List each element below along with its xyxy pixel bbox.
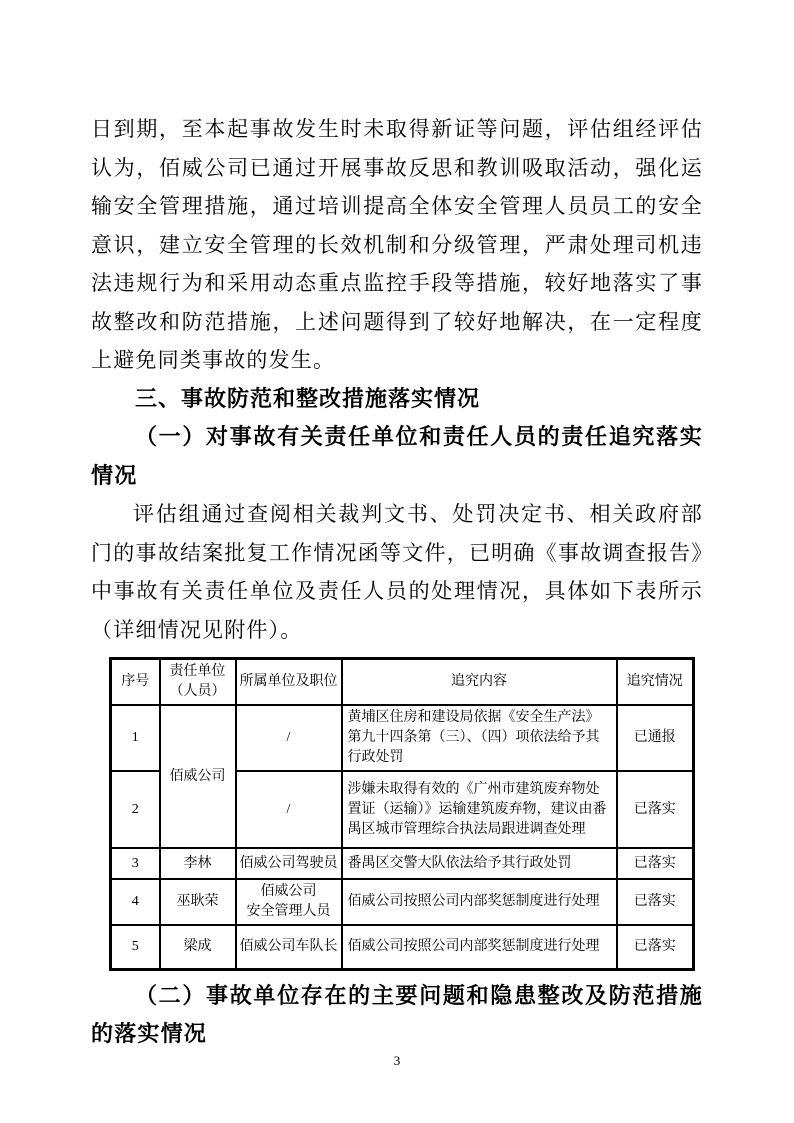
header-seq: 序号 <box>111 659 160 706</box>
subsection-heading-1: （一）对事故有关责任单位和责任人员的责任追究落实情况 <box>91 418 703 495</box>
section-heading-3: 三、事故防范和整改措施落实情况 <box>91 380 703 419</box>
cell-content: 黄埔区住房和建设局依据《安全生产法》第九十四条第（三）、（四）项依法给予其行政处… <box>342 705 617 771</box>
paragraph-continuation: 日到期，至本起事故发生时未取得新证等问题，评估组经评估认为，佰威公司已通过开展事… <box>91 110 703 380</box>
cell-seq: 1 <box>111 705 160 771</box>
cell-position: 佰威公司驾驶员 <box>236 848 342 879</box>
header-accountability-content: 追究内容 <box>342 659 617 706</box>
cell-position: 佰威公司车队长 <box>236 925 342 969</box>
cell-seq: 2 <box>111 771 160 848</box>
paragraph-accountability-intro: 评估组通过查阅相关裁判文书、处罚决定书、相关政府部门的事故结案批复工作情况函等文… <box>91 495 703 649</box>
cell-unit: 梁成 <box>160 925 236 969</box>
cell-status: 已落实 <box>617 771 694 848</box>
cell-unit-merged: 佰威公司 <box>160 705 236 848</box>
table-row: 5 梁成 佰威公司车队长 佰威公司按照公司内部奖惩制度进行处理 已落实 <box>111 925 694 969</box>
header-responsible-unit: 责任单位（人员） <box>160 659 236 706</box>
cell-position: / <box>236 771 342 848</box>
cell-position: / <box>236 705 342 771</box>
cell-status: 已落实 <box>617 879 694 925</box>
cell-status: 已落实 <box>617 925 694 969</box>
header-affiliation-position: 所属单位及职位 <box>236 659 342 706</box>
table-header-row: 序号 责任单位（人员） 所属单位及职位 追究内容 追究情况 <box>111 659 694 706</box>
cell-seq: 5 <box>111 925 160 969</box>
table-row: 1 佰威公司 / 黄埔区住房和建设局依据《安全生产法》第九十四条第（三）、（四）… <box>111 705 694 771</box>
header-accountability-status: 追究情况 <box>617 659 694 706</box>
page-number: 3 <box>0 1053 794 1069</box>
cell-position: 佰威公司 安全管理人员 <box>236 879 342 925</box>
cell-status: 已落实 <box>617 848 694 879</box>
cell-unit: 巫耿荣 <box>160 879 236 925</box>
cell-seq: 4 <box>111 879 160 925</box>
cell-content: 番禺区交警大队依法给予其行政处罚 <box>342 848 617 879</box>
cell-content: 佰威公司按照公司内部奖惩制度进行处理 <box>342 879 617 925</box>
cell-content: 佰威公司按照公司内部奖惩制度进行处理 <box>342 925 617 969</box>
table-row: 4 巫耿荣 佰威公司 安全管理人员 佰威公司按照公司内部奖惩制度进行处理 已落实 <box>111 879 694 925</box>
table-row: 3 李林 佰威公司驾驶员 番禺区交警大队依法给予其行政处罚 已落实 <box>111 848 694 879</box>
cell-content: 涉嫌未取得有效的《广州市建筑废弃物处置证（运输）》运输建筑废弃物，建议由番禺区城… <box>342 771 617 848</box>
cell-unit: 李林 <box>160 848 236 879</box>
document-page: 日到期，至本起事故发生时未取得新证等问题，评估组经评估认为，佰威公司已通过开展事… <box>0 0 794 1123</box>
cell-seq: 3 <box>111 848 160 879</box>
cell-status: 已通报 <box>617 705 694 771</box>
subsection-heading-2: （二）事故单位存在的主要问题和隐患整改及防范措施的落实情况 <box>91 977 703 1054</box>
accountability-table: 序号 责任单位（人员） 所属单位及职位 追究内容 追究情况 1 佰威公司 / 黄… <box>109 657 695 971</box>
